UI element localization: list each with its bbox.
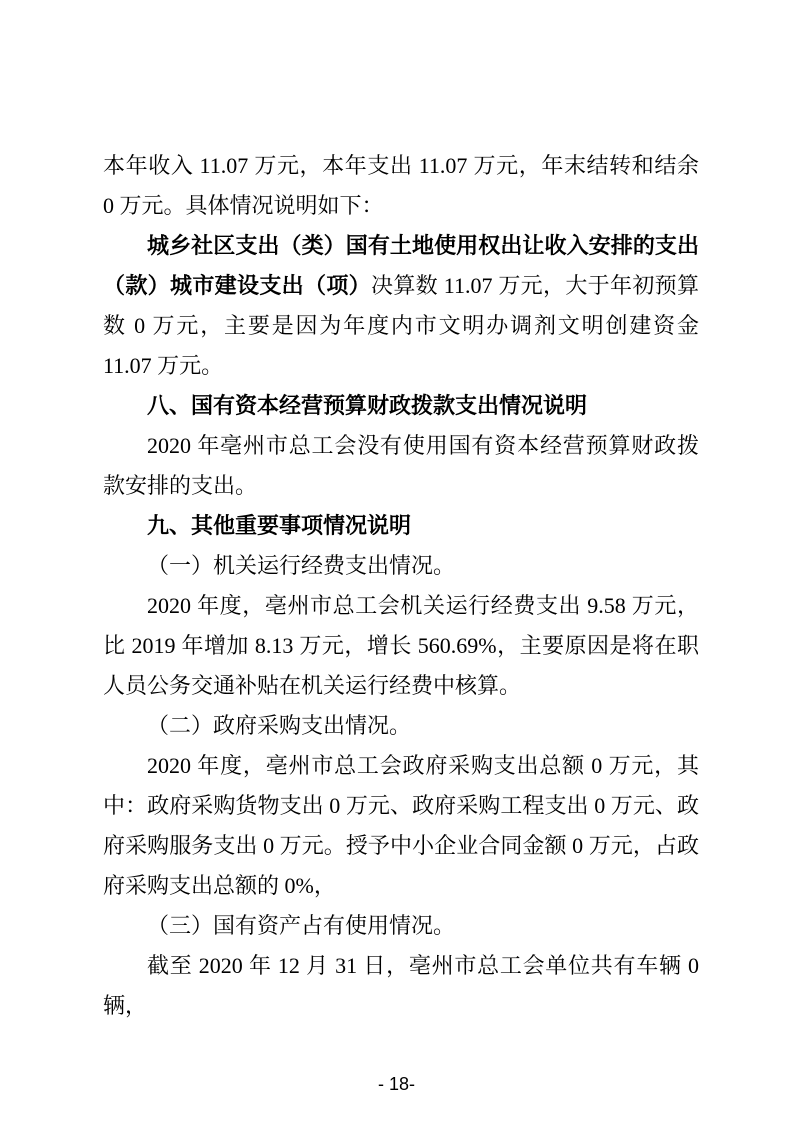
- paragraph-no-state-capital-expenditure: 2020 年亳州市总工会没有使用国有资本经营预算财政拨款安排的支出。: [103, 426, 699, 506]
- paragraph-urban-community-expenditure: 城乡社区支出（类）国有土地使用权出让收入安排的支出（款）城市建设支出（项）决算数…: [103, 226, 699, 386]
- page-footer: - 18-: [0, 1072, 793, 1096]
- subheading-1-operating-expenses: （一）机关运行经费支出情况。: [103, 546, 699, 586]
- paragraph-state-assets-vehicles: 截至 2020 年 12 月 31 日，亳州市总工会单位共有车辆 0 辆，: [103, 946, 699, 1026]
- page-number: - 18-: [378, 1074, 415, 1094]
- document-page: 本年收入 11.07 万元，本年支出 11.07 万元，年末结转和结余 0 万元…: [0, 0, 793, 1122]
- paragraph-government-procurement-detail: 2020 年度，亳州市总工会政府采购支出总额 0 万元，其中：政府采购货物支出 …: [103, 746, 699, 906]
- subheading-2-government-procurement: （二）政府采购支出情况。: [103, 706, 699, 746]
- paragraph-continuation-income-expenditure: 本年收入 11.07 万元，本年支出 11.07 万元，年末结转和结余 0 万元…: [103, 146, 699, 226]
- paragraph-operating-expenses-detail: 2020 年度，亳州市总工会机关运行经费支出 9.58 万元，比 2019 年增…: [103, 586, 699, 706]
- subheading-3-state-assets-usage: （三）国有资产占有使用情况。: [103, 906, 699, 946]
- document-body: 本年收入 11.07 万元，本年支出 11.07 万元，年末结转和结余 0 万元…: [103, 146, 699, 1026]
- section-heading-9-other-important-matters: 九、其他重要事项情况说明: [103, 506, 699, 546]
- section-heading-8-state-capital-budget: 八、国有资本经营预算财政拨款支出情况说明: [103, 386, 699, 426]
